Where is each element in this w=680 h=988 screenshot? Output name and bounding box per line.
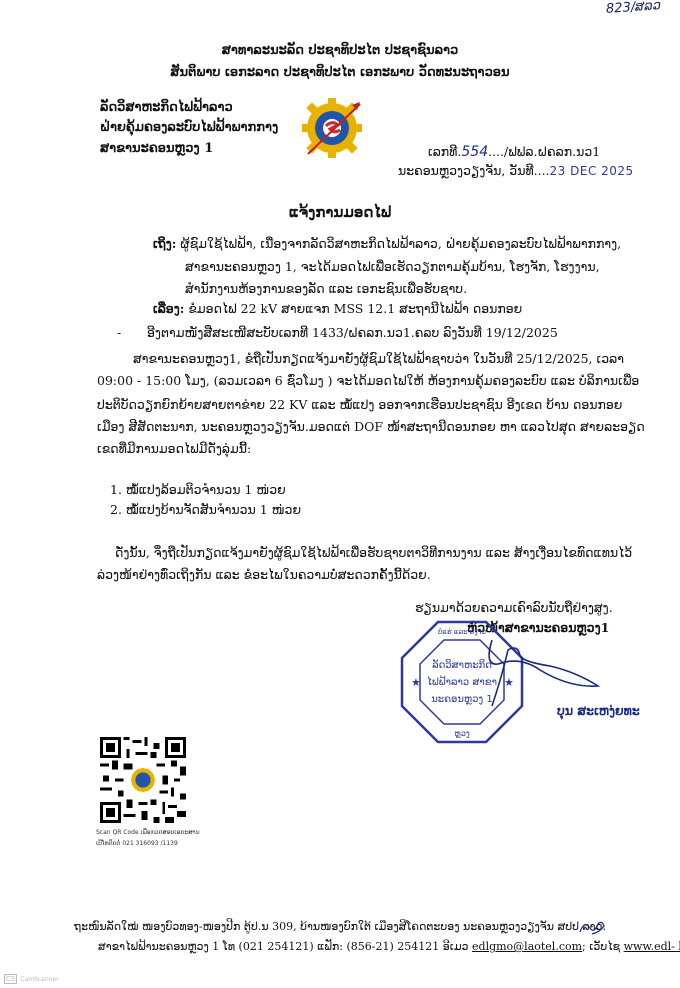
- affected-area-item: 1. ໝໍ້ແປງລ້ອມຕິວຈໍານວນ 1 ໜ່ວຍ: [110, 482, 286, 497]
- stamped-date: 23 DEC 2025: [550, 164, 634, 178]
- to-label: ເຖິງ:: [153, 236, 176, 251]
- ref-number-handwritten: 554: [461, 144, 488, 160]
- republic-heading: ສາທາລະນະລັດ ປະຊາທິປະໄຕ ປະຊາຊົນລາວ: [0, 43, 680, 58]
- qr-caption: Scan QR Code ເພື່ອກວດສອບເອກະສານ: [96, 829, 200, 836]
- document-title: ແຈ້ງການມອດໄຟ: [0, 203, 680, 221]
- initials-scribble: [578, 918, 606, 938]
- qr-contact: ເບີໂທຕິດຕໍ່ 021 316093 /1139: [96, 840, 178, 847]
- scanner-watermark: CSCamScanner: [4, 974, 59, 984]
- paragraph-1-line: 09:00 - 15:00 ໂມງ, (ລວມເວລາ 6 ຊົ່ວໂມງ ) …: [97, 373, 639, 388]
- org-branch: ສາຂານະຄອນຫຼວງ 1: [100, 141, 213, 156]
- footer-email-link[interactable]: edlgmo@laotel.com: [472, 940, 582, 953]
- org-division: ຝ່າຍຄຸ້ມຄອງລະບົບໄຟຟ້າພາກກາງ: [100, 120, 278, 135]
- addressee-line: ສໍານັກງານຫ້ອງການຂອງລັດ ແລະ ເອກະຊົນເພື່ອຮ…: [185, 281, 467, 296]
- verification-qr-code[interactable]: [100, 737, 186, 823]
- svg-text:★: ★: [411, 676, 421, 689]
- svg-text:ຫຼວງ: ຫຼວງ: [454, 729, 470, 739]
- camscanner-icon: CS: [4, 974, 17, 984]
- paragraph-2-line: ລ່ວງໜ້າຢ່າງທົ່ວເຖິງກັນ ແລະ ຂໍອະໄພໃນຄວາມບ…: [97, 567, 431, 582]
- ref-suffix: ..../ຟຟລ.ຝຄລກ.ນວ1: [488, 144, 600, 159]
- reference-bullet: -ອີງຕາມໜັງສືສະເໜີສະບັບເລກທີ 1433/ຝຄລກ.ນວ…: [117, 325, 558, 340]
- closing-salutation: ຮຽນມາດ້ວຍຄວາມເຄົາລົບນັບຖືຢ່າງສູງ.: [415, 600, 613, 615]
- addressee-text: ຜູ້ຊົມໃຊ້ໄຟຟ້າ, ເນື່ອງຈາກລັດວິສາຫະກິດໄຟຟ…: [180, 236, 621, 251]
- footer-website-label: ; ເວັບໄຊ: [582, 940, 620, 953]
- edl-logo-icon: [300, 96, 364, 160]
- subject-label: ເລື່ອງ:: [153, 301, 184, 316]
- issue-date: ນະຄອນຫຼວງວຽງຈັນ, ວັນທີ....23 DEC 2025: [398, 163, 634, 178]
- paragraph-1-line: ເຂດທີ່ມີການມອດໄຟມີດັ່ງລຸ່ມນີ້:: [97, 441, 251, 456]
- national-motto: ສັນຕິພາບ ເອກະລາດ ປະຊາທິປະໄຕ ເອກະພາບ ວັດທ…: [0, 65, 680, 80]
- subject-line: ເລື່ອງ: ຂໍມອດໄຟ 22 kV ສາຍແຈກ MSS 12.1 ສະ…: [153, 301, 522, 316]
- handwritten-archive-number: 823/ສລວ: [606, 0, 662, 17]
- subject-text: ຂໍມອດໄຟ 22 kV ສາຍແຈກ MSS 12.1 ສະຖານີໄຟຟ້…: [188, 301, 522, 316]
- paragraph-1-line: ສາຂານະຄອນຫຼວງ1, ຂໍຖືເປັນກຽດແຈ້ງມາຍັງຜູ້ຊ…: [133, 351, 624, 366]
- paragraph-1-line: ປະຕິບັດວຽກຍົກຍ້າຍສາຍຕາຂ່າຍ 22 KV ແລະ ໝໍ້…: [97, 397, 622, 412]
- addressee-line: ເຖິງ: ຜູ້ຊົມໃຊ້ໄຟຟ້າ, ເນື່ອງຈາກລັດວິສາຫະ…: [153, 236, 621, 251]
- footer-website-link[interactable]: www.edl- lao.com: [624, 940, 680, 953]
- paragraph-1-line: ເມືອງ ສີສັດຕະນາກ, ນະຄອນຫຼວງວຽງຈັນ.ມອດແຕ່…: [97, 419, 645, 434]
- svg-text:ບໍ່ແຮ່ ແລະ ບໍ່ງານ: ບໍ່ແຮ່ ແລະ ບໍ່ງານ: [438, 627, 486, 636]
- scanner-label: CamScanner: [20, 976, 58, 983]
- paragraph-2-line: ດັ່ງນັ້ນ, ຈຶ່ງຖືເປັນກຽດແຈ້ງມາຍັງຜູ້ຊົມໃຊ…: [115, 545, 632, 560]
- ref-prefix: ເລກທີ: [428, 144, 457, 159]
- footer-contact-text: ສາຂາໄຟຟ້ານະຄອນຫຼວງ 1 ໂທ (021 254121) ແຟັ…: [98, 940, 469, 953]
- reference-text: ອີງຕາມໜັງສືສະເໜີສະບັບເລກທີ 1433/ຝຄລກ.ນວ1…: [147, 325, 558, 340]
- bullet-dash: -: [117, 325, 147, 340]
- signer-name: ບຸນ ສະເຫງ່ຍທະ: [557, 703, 640, 718]
- reference-number: ເລກທີ.554..../ຟຟລ.ຝຄລກ.ນວ1: [428, 144, 600, 160]
- date-prefix: ນະຄອນຫຼວງວຽງຈັນ, ວັນທີ: [398, 163, 534, 178]
- footer-contact: ສາຂາໄຟຟ້ານະຄອນຫຼວງ 1 ໂທ (021 254121) ແຟັ…: [98, 940, 680, 953]
- affected-area-item: 2. ໝໍ້ແປງບ້ານຈັດສັນຈໍານວນ 1 ໜ່ວຍ: [110, 502, 301, 517]
- addressee-line: ສາຂານະຄອນຫຼວງ 1, ຈະໄດ້ມອດໄຟເພື່ອເຮັດວຽກຕ…: [185, 259, 600, 274]
- org-name: ລັດວິສາຫະກິດໄຟຟ້າລາວ: [100, 100, 233, 115]
